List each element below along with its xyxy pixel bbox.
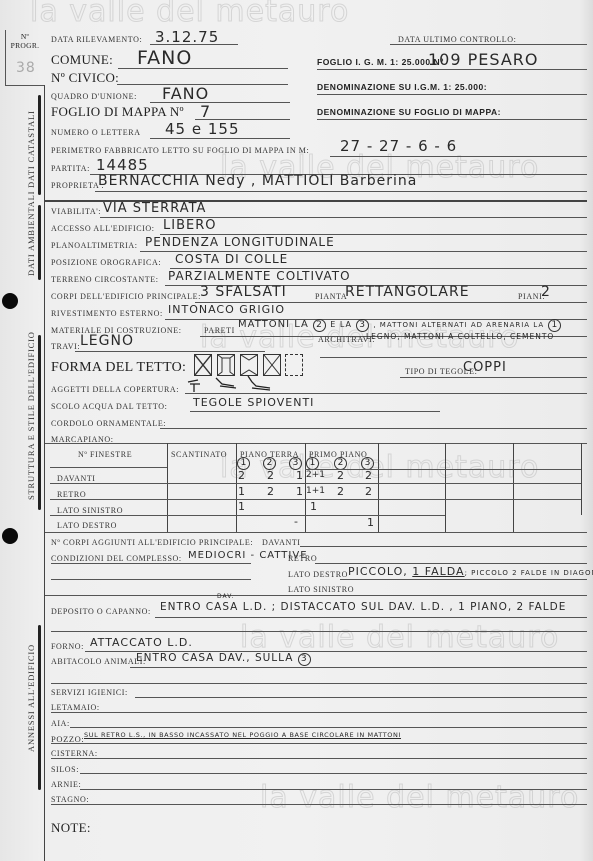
section-label-dati-catastali: DATI CATASTALI	[26, 110, 36, 188]
foglio-igm-label: FOGLIO I. G. M. 1: 25.000 Nº	[317, 57, 444, 67]
partita-value[interactable]: 14485	[96, 156, 149, 174]
field-line	[390, 44, 587, 45]
lato-destro-value[interactable]: PICCOLO, 1 FALDA; PICCOLO 2 FALDE IN DIA…	[348, 565, 593, 578]
viabilita-label: VIABILITA':	[51, 207, 101, 216]
terreno-label: TERRENO CIRCOSTANTE:	[51, 275, 159, 284]
corpi-aggiunti-label: Nº CORPI AGGIUNTI ALL'EDIFICIO PRINCIPAL…	[51, 538, 253, 547]
pozzo-value[interactable]: SUL RETRO L.S., IN BASSO INCASSATO NEL P…	[84, 731, 401, 739]
cisterna-label: CISTERNA:	[51, 749, 98, 758]
field-line	[51, 563, 251, 564]
field-line	[80, 789, 587, 790]
numero-lettera-value[interactable]: 45 e 155	[165, 120, 239, 138]
watermark: la valle del metauro	[30, 0, 349, 29]
deposito-value[interactable]: ENTRO CASA L.D. ; DISTACCATO SUL DAV. L.…	[160, 601, 566, 613]
watermark: la valle del metauro	[240, 620, 559, 655]
terreno-value[interactable]: PARZIALMENTE COLTIVATO	[168, 269, 351, 283]
field-line	[317, 119, 587, 120]
rivestimento-label: RIVESTIMENTO ESTERNO:	[51, 309, 163, 318]
abitacolo-label: ABITACOLO ANIMALI:	[51, 657, 146, 666]
field-line	[80, 773, 587, 774]
perimetro-label: PERIMETRO FABBRICATO LETTO SU FOGLIO DI …	[51, 146, 309, 155]
denominazione-mappa-label: DENOMINAZIONE SU FOGLIO DI MAPPA:	[317, 107, 501, 117]
rivestimento-value[interactable]: INTONACO GRIGIO	[168, 303, 285, 316]
comune-label: COMUNE:	[51, 52, 113, 68]
field-line	[317, 94, 587, 95]
field-line	[320, 357, 587, 358]
proprieta-label: PROPRIETA':	[51, 181, 104, 190]
aggetti-label: AGGETTI DELLA COPERTURA:	[51, 385, 179, 394]
circled-number: 2	[313, 319, 326, 332]
pareti-value[interactable]: MATTONI LA 2 E LA 3 , MATTONI ALTERNATI …	[238, 319, 561, 332]
posizione-orografica-label: POSIZIONE OROGRAFICA:	[51, 258, 161, 267]
denominazione-igm-label: DENOMINAZIONE SU I.G.M. 1: 25.000:	[317, 82, 487, 92]
foglio-mappa-label: FOGLIO DI MAPPA Nº	[51, 104, 184, 120]
progr-label: Nº	[6, 32, 44, 41]
field-line	[317, 69, 587, 70]
column-header-scantinato: SCANTINATO	[171, 450, 227, 459]
finestre-header: Nº FINESTRE	[78, 450, 132, 459]
field-line	[150, 44, 238, 45]
roof-flat-icon[interactable]	[285, 354, 303, 376]
field-line	[330, 156, 587, 157]
section-brace	[38, 205, 41, 280]
davanti-label: DAVANTI	[262, 538, 301, 547]
scolo-acqua-value[interactable]: TEGOLE SPIOVENTI	[193, 396, 314, 409]
progr-box: Nº PROGR. 38	[5, 30, 44, 86]
field-line	[51, 712, 587, 713]
silos-label: SILOS:	[51, 765, 79, 774]
quadro-unione-value[interactable]: FANO	[162, 84, 209, 103]
piani-value[interactable]: 2	[541, 284, 551, 300]
aia-label: AIA:	[51, 719, 70, 728]
field-line	[340, 579, 587, 580]
field-line	[51, 579, 251, 580]
field-line	[51, 804, 587, 805]
architravi-value[interactable]: LEGNO, MATTONI A COLTELLO, CEMENTO	[366, 332, 554, 341]
data-ultimo-controllo-label: DATA ULTIMO CONTROLLO:	[398, 35, 517, 44]
corpi-edificio-label: CORPI DELL'EDIFICIO PRINCIPALE:	[51, 292, 201, 301]
field-line	[75, 351, 265, 352]
abitacolo-value[interactable]: ENTRO CASA DAV., SULLA 3	[136, 652, 311, 666]
survey-form-page: la valle del metauro la valle del metaur…	[0, 0, 593, 861]
field-line	[130, 667, 587, 668]
deposito-note: DAV.	[217, 593, 234, 600]
field-line	[150, 138, 290, 139]
field-line	[150, 102, 290, 103]
viabilita-value[interactable]: VIA STERRATA	[103, 201, 206, 216]
progr-value: 38	[16, 60, 36, 76]
field-line	[315, 563, 587, 564]
condizioni-label: CONDIZIONI DEL COMPLESSO:	[51, 554, 182, 563]
corpi-edificio-value[interactable]: 3 SFALSATI	[200, 284, 287, 300]
tipo-tegole-value[interactable]: COPPI	[463, 360, 507, 375]
field-line	[185, 393, 587, 394]
punch-hole	[2, 528, 18, 544]
roof-gable-icon[interactable]	[217, 354, 235, 376]
watermark: la valle del metauro	[260, 780, 579, 815]
numero-lettera-label: NUMERO o LETTERA	[51, 128, 141, 137]
lato-sinistro-label: LATO SINISTRO	[288, 585, 354, 594]
field-line	[51, 631, 587, 632]
travi-label: TRAVI:	[51, 342, 80, 351]
travi-value[interactable]: LEGNO	[80, 333, 134, 349]
planoaltimetria-label: PLANOALTIMETRIA:	[51, 241, 138, 250]
circled-number: 3	[298, 653, 311, 666]
section-brace	[38, 95, 41, 195]
accesso-value[interactable]: LIBERO	[163, 218, 216, 233]
section-label-annessi: ANNESSI ALL'EDIFICIO	[26, 644, 36, 752]
foglio-igm-value[interactable]: 109 PESARO	[428, 50, 539, 69]
field-line	[45, 443, 587, 444]
field-line	[51, 743, 587, 744]
cordolo-label: CORDOLO ORNAMENTALE:	[51, 419, 166, 428]
arnie-label: ARNIE:	[51, 780, 81, 789]
forno-label: FORNO:	[51, 642, 84, 651]
roof-pavilion-icon[interactable]	[263, 354, 281, 376]
proprieta-value[interactable]: BERNACCHIA Nedy , MATTIOLI Barberina	[98, 173, 417, 189]
scolo-acqua-label: SCOLO ACQUA DAL TETTO:	[51, 402, 167, 411]
field-line	[300, 546, 587, 547]
forno-value[interactable]: ATTACCATO L.D.	[90, 636, 193, 649]
field-line	[70, 727, 587, 728]
field-line	[51, 758, 587, 759]
section-brace	[38, 335, 41, 510]
eave-overhang-sketch-icon	[186, 376, 276, 394]
field-line	[135, 697, 587, 698]
comune-value[interactable]: FANO	[137, 47, 192, 69]
data-rilevamento-label: DATA RILEVAMENTO:	[51, 35, 142, 44]
letamaio-label: LETAMAIO:	[51, 703, 100, 712]
section-label-dati-ambientali: DATI AMBIENTALI	[26, 191, 36, 276]
field-line	[95, 191, 587, 192]
pareti-label: PARETI	[204, 326, 235, 335]
circled-number: 1	[548, 319, 561, 332]
partita-label: PARTITA:	[51, 164, 90, 173]
section-divider	[45, 595, 587, 596]
planoaltimetria-value[interactable]: PENDENZA LONGITUDINALE	[145, 235, 335, 249]
retro-label: RETRO	[288, 554, 317, 563]
servizi-igienici-label: SERVIZI IGIENICI:	[51, 688, 128, 697]
roof-half-hip-icon[interactable]	[240, 354, 258, 376]
section-label-struttura: STRUTTURA E STILE DELL'EDIFICIO	[26, 331, 36, 500]
quadro-unione-label: QUADRO D'UNIONE:	[51, 92, 137, 101]
stagno-label: STAGNO:	[51, 795, 89, 804]
roof-hip-icon[interactable]	[194, 354, 212, 376]
deposito-label: DEPOSITO o CAPANNO:	[51, 607, 151, 616]
pianta-value[interactable]: RETTANGOLARE	[345, 284, 470, 300]
field-line	[400, 377, 587, 378]
pianta-label: PIANTA	[315, 292, 347, 301]
civico-label: Nº CIVICO:	[51, 70, 119, 86]
circled-number: 3	[356, 319, 369, 332]
note-label: NOTE:	[51, 820, 91, 836]
punch-hole	[2, 293, 18, 309]
field-line	[190, 411, 440, 412]
field-line	[51, 683, 587, 684]
posizione-orografica-value[interactable]: COSTA DI COLLE	[175, 252, 288, 266]
section-brace	[38, 625, 41, 790]
lato-destro-label: LATO DESTRO	[288, 570, 348, 579]
perimetro-value[interactable]: 27 - 27 - 6 - 6	[340, 137, 457, 155]
forma-tetto-label: FORMA DEL TETTO:	[51, 360, 186, 376]
field-line	[118, 68, 288, 69]
accesso-label: ACCESSO ALL'EDIFICIO:	[51, 224, 155, 233]
field-line	[155, 617, 587, 618]
field-line	[160, 428, 587, 429]
